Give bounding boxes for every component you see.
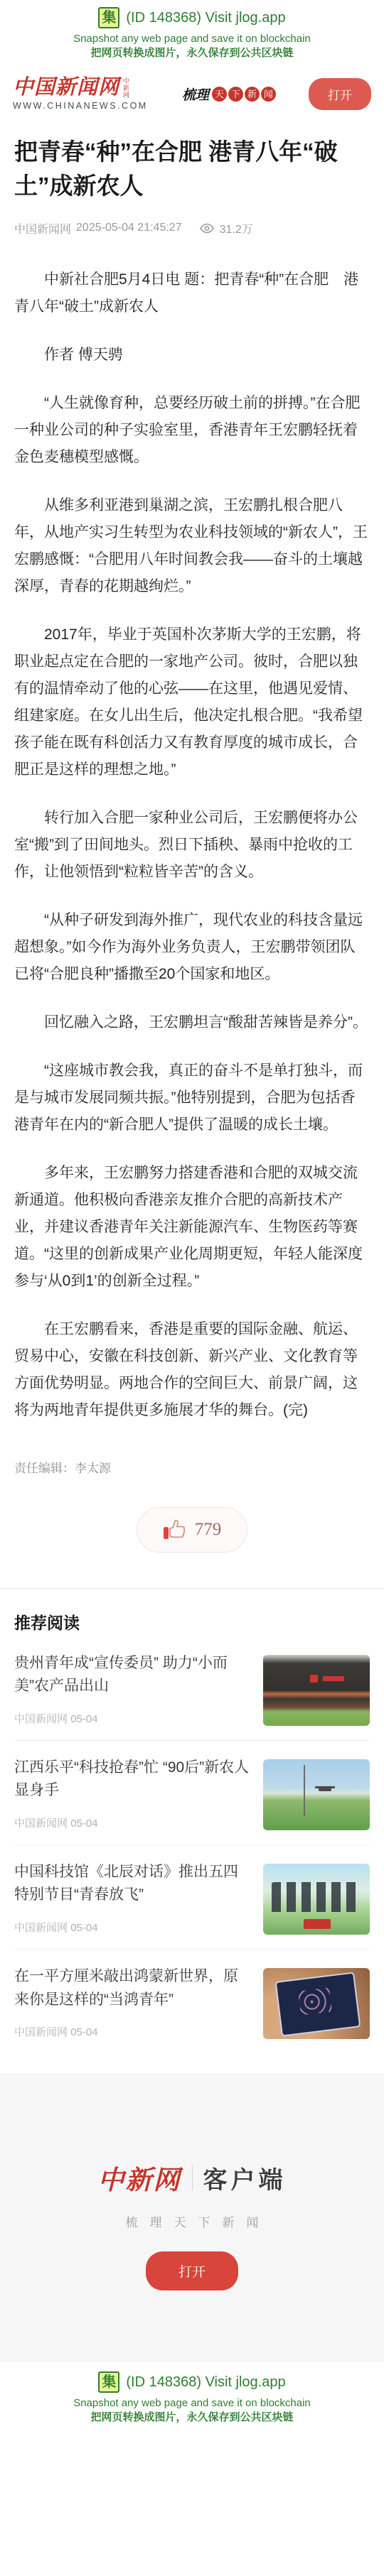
slogan-stamp-1: 天 bbox=[212, 87, 227, 102]
article-paragraph: “从种子研发到海外推广，现代农业的科技含量远超想象。”如今作为海外业务负责人，王… bbox=[14, 907, 370, 988]
jlog-tagline-en: Snapshot any web page and save it on blo… bbox=[0, 32, 384, 46]
article-paragraph: 在王宏鹏看来，香港是重要的国际金融、航运、贸易中心，安徽在科技创新、新兴产业、文… bbox=[14, 1316, 370, 1424]
recommend-item-source: 中国新闻网 05-04 bbox=[14, 1907, 252, 1935]
article-paragraph: 中新社合肥5月4日电 题：把青春“种”在合肥 港青八年“破土”成新农人 bbox=[14, 266, 370, 320]
slogan-stamp-2: 下 bbox=[228, 87, 243, 102]
article-paragraph: 回忆融入之路，王宏鹏坦言“酸甜苦辣皆是养分”。 bbox=[14, 1009, 370, 1036]
slogan-stamp-3: 新 bbox=[245, 87, 260, 102]
thumb-up-icon bbox=[163, 1518, 187, 1541]
recommend-item[interactable]: 贵州青年成“宣传委员” 助力“小而美”农产品出山 中国新闻网 05-04 bbox=[14, 1636, 370, 1741]
article-body: 中新社合肥5月4日电 题：把青春“种”在合肥 港青八年“破土”成新农人 作者 傅… bbox=[14, 266, 370, 1424]
open-app-button[interactable]: 打开 bbox=[309, 78, 371, 110]
article-source: 中国新闻网 bbox=[14, 220, 71, 237]
article-thumbnail-drone-field[interactable] bbox=[263, 1759, 370, 1830]
chinanews-logo-text: 中国新闻网 bbox=[13, 77, 119, 98]
slogan-stamp-4: 闻 bbox=[261, 87, 276, 102]
recommend-item[interactable]: 中国科技馆《北辰对话》推出五四特别节目“青春放飞” 中国新闻网 05-04 bbox=[14, 1845, 370, 1950]
jlog-banner-bottom: 集 (ID 148368) Visit jlog.app Snapshot an… bbox=[0, 2362, 384, 2435]
article-meta: 中国新闻网 2025-05-04 21:45:27 31.2万 bbox=[14, 220, 370, 237]
chinanews-logo-side-text: 中新网 bbox=[122, 77, 129, 99]
jlog-id-link[interactable]: (ID 148368) Visit jlog.app bbox=[126, 2374, 285, 2391]
recommend-item-source: 中国新闻网 05-04 bbox=[14, 1698, 252, 1726]
jlog-tagline-en: Snapshot any web page and save it on blo… bbox=[0, 2396, 384, 2411]
article-view-count: 31.2万 bbox=[220, 220, 253, 237]
article-paragraph: “这座城市教会我，真正的奋斗不是单打独斗，而是与城市发展同频共振。”他特别提到，… bbox=[14, 1058, 370, 1138]
recommend-item[interactable]: 在一平方厘米敲出鸿蒙新世界，原来你是这样的“当鸿青年” 中国新闻网 05-04 bbox=[14, 1950, 370, 2053]
editor-line: 责任编辑：李太源 bbox=[14, 1458, 370, 1476]
app-logo-black-text: 客户端 bbox=[203, 2161, 287, 2195]
recommend-item-title[interactable]: 中国科技馆《北辰对话》推出五四特别节目“青春放飞” bbox=[14, 1861, 252, 1907]
site-header: 中国新闻网 中新网 WWW.CHINANEWS.COM 梳理 天 下 新 闻 打… bbox=[0, 66, 384, 119]
recommend-item-title[interactable]: 贵州青年成“宣传委员” 助力“小而美”农产品出山 bbox=[14, 1652, 252, 1698]
jlog-stamp-icon: 集 bbox=[98, 7, 119, 28]
slogan-stamps: 梳理 天 下 新 闻 bbox=[182, 85, 276, 104]
jlog-tagline-zh: 把网页转换成图片，永久保存到公共区块链 bbox=[0, 2411, 384, 2425]
jlog-stamp-icon: 集 bbox=[98, 2371, 119, 2393]
jlog-tagline-zh: 把网页转换成图片，永久保存到公共区块链 bbox=[0, 46, 384, 60]
article-paragraph: 从维多利亚港到巢湖之滨，王宏鹏扎根合肥八年，从地产实习生转型为农业科技领域的“新… bbox=[14, 492, 370, 600]
article-title: 把青春“种”在合肥 港青八年“破土”成新农人 bbox=[14, 135, 370, 203]
article-paragraph: “人生就像育种，总要经历破土前的拼搏。”在合肥一种业公司的种子实验室里，香港青年… bbox=[14, 390, 370, 471]
article-paragraph: 多年来，王宏鹏努力搭建香港和合肥的双城交流新通道。他积极向香港亲友推介合肥的高新… bbox=[14, 1160, 370, 1295]
recommend-item-title[interactable]: 在一平方厘米敲出鸿蒙新世界，原来你是这样的“当鸿青年” bbox=[14, 1965, 252, 2011]
slogan-prefix-text: 梳理 bbox=[182, 85, 209, 104]
article-thumbnail-storefront[interactable] bbox=[263, 1655, 370, 1726]
article-thumbnail-tv-program[interactable] bbox=[263, 1864, 370, 1935]
chinanews-logo[interactable]: 中国新闻网 中新网 WWW.CHINANEWS.COM bbox=[13, 77, 148, 111]
chinanews-url: WWW.CHINANEWS.COM bbox=[13, 101, 148, 111]
recommend-item-title[interactable]: 江西乐平“科技抢春”忙 “90后”新农人显身手 bbox=[14, 1756, 252, 1803]
article: 把青春“种”在合肥 港青八年“破土”成新农人 中国新闻网 2025-05-04 … bbox=[0, 135, 384, 1553]
article-paragraph: 转行加入合肥一家种业公司后，王宏鹏便将办公室“搬”到了田间地头。烈日下插秧、暴雨… bbox=[14, 805, 370, 886]
recommend-item[interactable]: 江西乐平“科技抢春”忙 “90后”新农人显身手 中国新闻网 05-04 bbox=[14, 1741, 370, 1845]
recommend-section: 推荐阅读 贵州青年成“宣传委员” 助力“小而美”农产品出山 中国新闻网 05-0… bbox=[0, 1588, 384, 2053]
article-datetime: 2025-05-04 21:45:27 bbox=[76, 222, 182, 234]
app-footer-logo: 中新网 客户端 bbox=[0, 2158, 384, 2197]
eye-icon bbox=[199, 223, 215, 234]
like-count: 779 bbox=[195, 1520, 222, 1540]
recommend-heading: 推荐阅读 bbox=[14, 1610, 370, 1634]
jlog-id-link[interactable]: (ID 148368) Visit jlog.app bbox=[126, 10, 285, 26]
logo-divider bbox=[192, 2165, 193, 2190]
article-paragraph: 作者 傅天骋 bbox=[14, 342, 370, 369]
app-footer-slogan: 梳理天下新闻 bbox=[0, 2212, 384, 2230]
article-thumbnail-phone[interactable] bbox=[263, 1968, 370, 2039]
jlog-banner-top: 集 (ID 148368) Visit jlog.app Snapshot an… bbox=[0, 0, 384, 66]
footer-open-app-button[interactable]: 打开 bbox=[146, 2251, 238, 2290]
article-paragraph: 2017年，毕业于英国朴次茅斯大学的王宏鹏，将职业起点定在合肥的一家地产公司。彼… bbox=[14, 621, 370, 783]
recommend-item-source: 中国新闻网 05-04 bbox=[14, 2011, 252, 2039]
recommend-item-source: 中国新闻网 05-04 bbox=[14, 1803, 252, 1830]
like-button[interactable]: 779 bbox=[137, 1507, 248, 1553]
app-logo-red-text: 中新网 bbox=[98, 2158, 181, 2197]
app-footer: 中新网 客户端 梳理天下新闻 打开 bbox=[0, 2073, 384, 2362]
